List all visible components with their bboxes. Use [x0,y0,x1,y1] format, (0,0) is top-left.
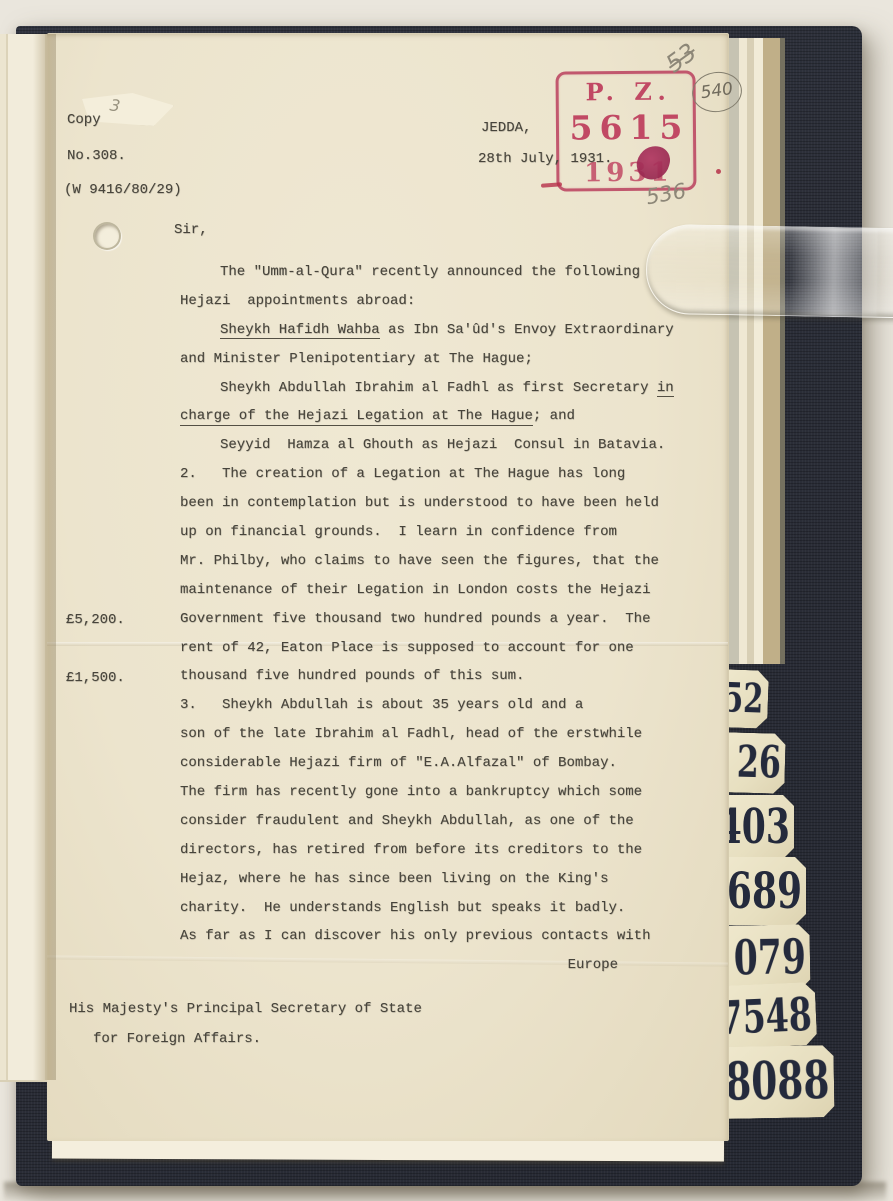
body-text: 2. The creation of a Legation at The Hag… [180,466,625,482]
body-text: 3. Sheykh Abdullah is about 35 years old… [180,697,583,713]
salutation: Sir, [174,222,208,238]
plastic-strap [645,224,893,319]
index-tab: 079 [721,924,810,992]
strap-glint [789,227,879,317]
page-edge-strip [739,38,747,664]
stamp-number: 5615 [559,107,693,147]
body-line: Sheykh Abdullah Ibrahim al Fadhl as firs… [180,374,704,403]
body-text: thousand five hundred pounds of this sum… [180,668,524,684]
body-line: up on financial grounds. I learn in conf… [180,518,704,547]
tab-number: 8088 [725,1055,834,1109]
tab-number: 689 [727,866,806,916]
underlined-text: charge of the Hejazi Legation at The Hag… [180,408,533,426]
body-text: considerable Hejazi firm of "E.A.Alfazal… [180,755,617,771]
body-text: As far as I can discover his only previo… [180,928,650,944]
body-line: Hejaz, where he has since been living on… [180,865,704,894]
body-line: been in contemplation but is understood … [180,489,704,518]
body-text: Hejazi appointments abroad: [180,293,415,309]
body-text: Mr. Philby, who claims to have seen the … [180,553,659,569]
body-text: Sheykh Abdullah Ibrahim al Fadhl as firs… [220,380,657,396]
letter-body: The "Umm-al-Qura" recently announced the… [180,258,704,980]
index-tab: 403 [722,795,794,859]
body-line: charge of the Hejazi Legation at The Hag… [180,402,704,431]
body-text: been in contemplation but is understood … [180,495,659,511]
file-reference: (W 9416/80/29) [64,182,182,198]
body-line: maintenance of their Legation in London … [180,576,704,605]
margin-note-5200: £5,200. [66,612,125,628]
margin-note-1500: £1,500. [66,670,125,686]
body-line: and Minister Plenipotentiary at The Hagu… [180,345,704,374]
index-tab: 689 [722,857,806,925]
body-text: up on financial grounds. I learn in conf… [180,524,617,540]
body-line: directors, has retired from before its c… [180,836,704,865]
body-text: Seyyid Hamza al Ghouth as Hejazi Consul … [220,437,665,453]
body-line: consider fraudulent and Sheykh Abdullah,… [180,807,704,836]
body-line: Mr. Philby, who claims to have seen the … [180,547,704,576]
page-edge-strip [780,38,785,664]
body-line: Sheykh Hafidh Wahba as Ibn Sa'ûd's Envoy… [180,316,704,345]
addressee-line-2: for Foreign Affairs. [93,1031,261,1047]
body-text: ; and [533,408,575,424]
body-text: consider fraudulent and Sheykh Abdullah,… [180,813,634,829]
date-line: 28th July, 1931. [478,151,612,167]
addressee-line-1: His Majesty's Principal Secretary of Sta… [69,1001,422,1017]
body-text: directors, has retired from before its c… [180,842,642,858]
page-edge-strip [763,38,780,664]
body-line: The firm has recently gone into a bankru… [180,778,704,807]
body-line: Government five thousand two hundred pou… [180,605,704,634]
registry-stamp: P. Z. 5615 1931 [555,70,696,191]
body-line: 2. The creation of a Legation at The Hag… [180,460,704,489]
tab-number: 26 [736,741,786,786]
body-line: Hejazi appointments abroad: [180,287,704,316]
red-dot-mark [716,169,721,174]
underlined-text: in [657,380,674,398]
body-text: Europe [568,957,618,973]
page-edge-strip [754,38,763,664]
body-text: as Ibn Sa'ûd's Envoy Extraordinary [380,322,674,338]
body-text: Hejaz, where he has since been living on… [180,871,608,887]
page-stack-edges [727,38,785,664]
page-edge-strip [747,38,754,664]
body-text: and Minister Plenipotentiary at The Hagu… [180,351,533,367]
body-text: The "Umm-al-Qura" recently announced the… [220,264,640,280]
tab-number: 52 [723,678,769,720]
body-line: Europe [180,951,704,980]
place-line: JEDDA, [481,120,531,136]
index-tab: 7548 [715,982,818,1049]
body-line: son of the late Ibrahim al Fadhl, head o… [180,720,704,749]
tab-number: 7548 [719,990,817,1040]
body-line: charity. He understands English but spea… [180,894,704,923]
copy-label: Copy [67,112,101,128]
tab-number: 079 [733,933,810,982]
body-text: The firm has recently gone into a bankru… [180,784,642,800]
body-line: considerable Hejazi firm of "E.A.Alfazal… [180,749,704,778]
body-line: As far as I can discover his only previo… [180,922,704,951]
body-text: charity. He understands English but spea… [180,900,625,916]
hole-punch-mark [93,222,121,250]
body-text: rent of 42, Eaton Place is supposed to a… [180,640,634,656]
underlined-text: Sheykh Hafidh Wahba [220,322,380,340]
stamp-code: P. Z. [559,76,693,106]
body-line: 3. Sheykh Abdullah is about 35 years old… [180,691,704,720]
body-line: thousand five hundred pounds of this sum… [180,662,704,691]
body-line: Seyyid Hamza al Ghouth as Hejazi Consul … [180,431,704,460]
gutter-shadow [33,34,56,1080]
despatch-number: No.308. [67,148,126,164]
tab-number: 403 [722,803,794,851]
body-line: The "Umm-al-Qura" recently announced the… [180,258,704,287]
archival-scan: 522640368907975488088 P. Z. 5615 1931 Co… [0,0,893,1201]
index-tab: 26 [721,732,786,794]
body-text: Government five thousand two hundred pou… [180,611,650,627]
index-tab: 8088 [721,1045,834,1119]
body-text: maintenance of their Legation in London … [180,582,650,598]
body-line: rent of 42, Eaton Place is supposed to a… [180,634,704,663]
body-text: son of the late Ibrahim al Fadhl, head o… [180,726,642,742]
